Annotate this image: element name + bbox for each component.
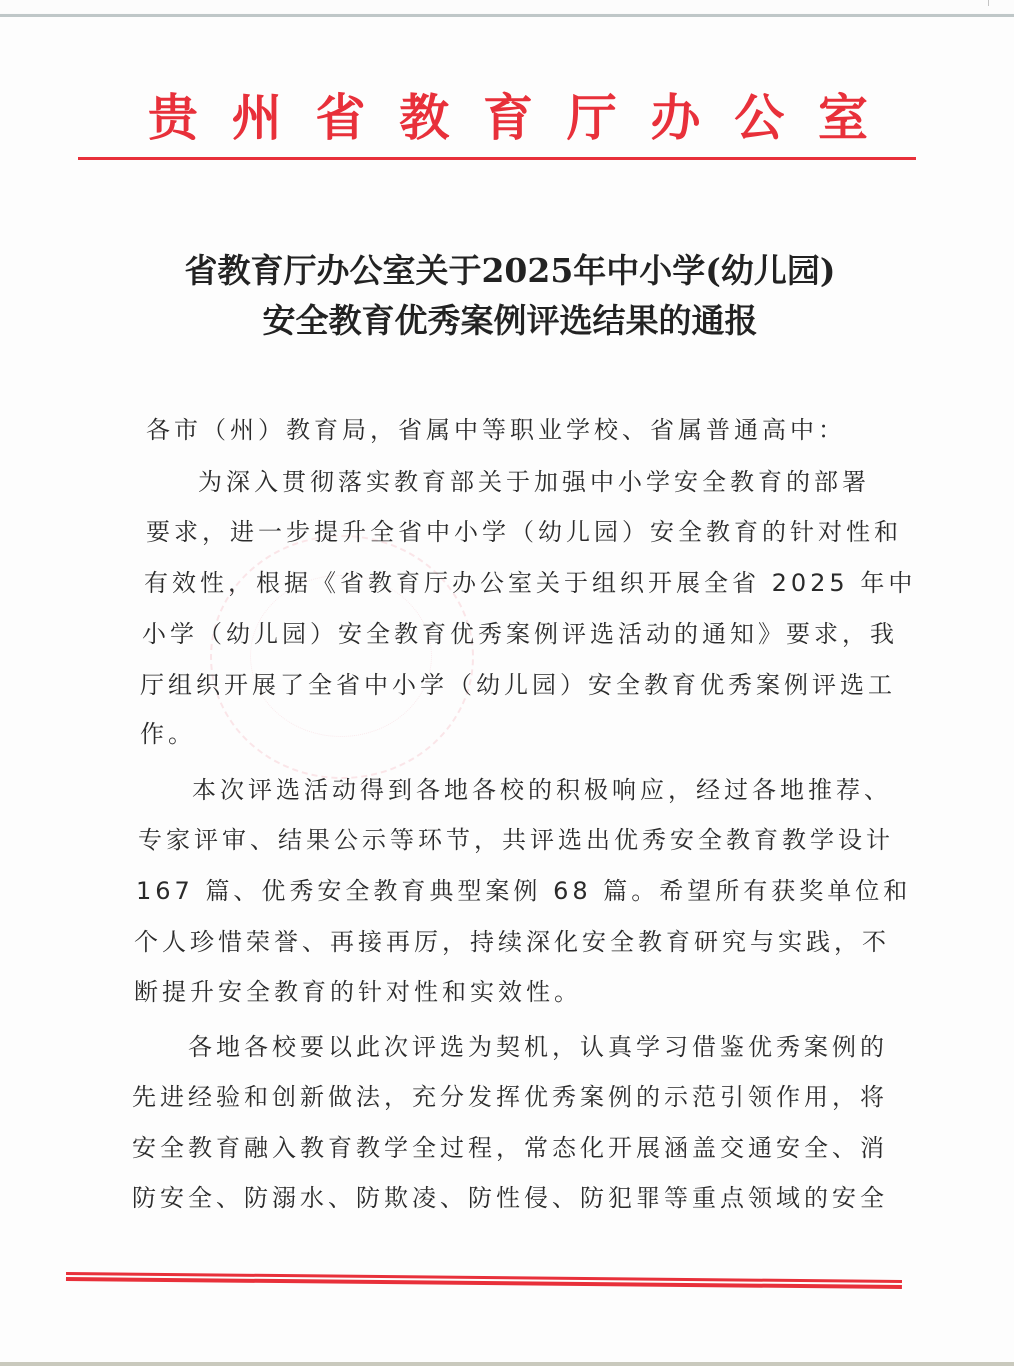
paragraph-2-line: 167 篇、优秀安全教育典型案例 68 篇。希望所有获奖单位和 <box>136 871 911 906</box>
letterhead-char: 室 <box>818 88 868 148</box>
page-bottom-edge <box>0 1362 1014 1366</box>
letterhead-char: 省 <box>316 88 366 148</box>
viewer-top-bar <box>0 0 1014 14</box>
title-line-2: 安全教育优秀案例评选结果的通报 <box>140 296 880 346</box>
paragraph-1-line: 作。 <box>140 714 196 749</box>
paragraph-3-line: 先进经验和创新做法，充分发挥优秀案例的示范引领作用，将 <box>132 1077 888 1112</box>
letterhead-char: 厅 <box>567 88 617 148</box>
salutation: 各市（州）教育局，省属中等职业学校、省属普通高中： <box>146 410 846 445</box>
paragraph-3-line: 各地各校要以此次评选为契机，认真学习借鉴优秀案例的 <box>160 1027 888 1062</box>
document-title: 省教育厅办公室关于2025年中小学(幼儿园) 安全教育优秀案例评选结果的通报 <box>140 246 880 346</box>
paragraph-3-line: 防安全、防溺水、防欺凌、防性侵、防犯罪等重点领域的安全 <box>132 1178 888 1213</box>
letterhead-red-rule <box>78 157 916 160</box>
paragraph-2-line: 专家评审、结果公示等环节，共评选出优秀安全教育教学设计 <box>138 820 894 855</box>
paragraph-2-line: 断提升安全教育的针对性和实效性。 <box>134 972 582 1007</box>
paragraph-1-line: 厅组织开展了全省中小学（幼儿园）安全教育优秀案例评选工 <box>140 665 896 700</box>
letterhead-char: 州 <box>232 88 282 148</box>
title-line-1: 省教育厅办公室关于2025年中小学(幼儿园) <box>140 246 880 296</box>
paragraph-2-line: 本次评选活动得到各地各校的积极响应，经过各地推荐、 <box>164 770 892 805</box>
letterhead-char: 教 <box>399 88 449 148</box>
viewer-top-bar-marker <box>988 0 989 6</box>
paragraph-1-line: 有效性，根据《省教育厅办公室关于组织开展全省 2025 年中 <box>144 563 916 598</box>
paragraph-2-line: 个人珍惜荣誉、再接再厉，持续深化安全教育研究与实践，不 <box>134 922 890 957</box>
paragraph-1-line: 小学（幼儿园）安全教育优秀案例评选活动的通知》要求，我 <box>142 614 898 649</box>
paragraph-3-line: 安全教育融入教育教学全过程，常态化开展涵盖交通安全、消 <box>132 1128 888 1163</box>
letterhead-char: 办 <box>651 88 701 148</box>
letterhead-org-name: 贵 州 省 教 育 厅 办 公 室 <box>148 88 868 148</box>
paragraph-1-line: 为深入贯彻落实教育部关于加强中小学安全教育的部署 <box>170 462 870 497</box>
letterhead-char: 育 <box>483 88 533 148</box>
letterhead-char: 贵 <box>148 88 198 148</box>
paragraph-1-line: 要求，进一步提升全省中小学（幼儿园）安全教育的针对性和 <box>146 512 902 547</box>
letterhead-char: 公 <box>734 88 784 148</box>
